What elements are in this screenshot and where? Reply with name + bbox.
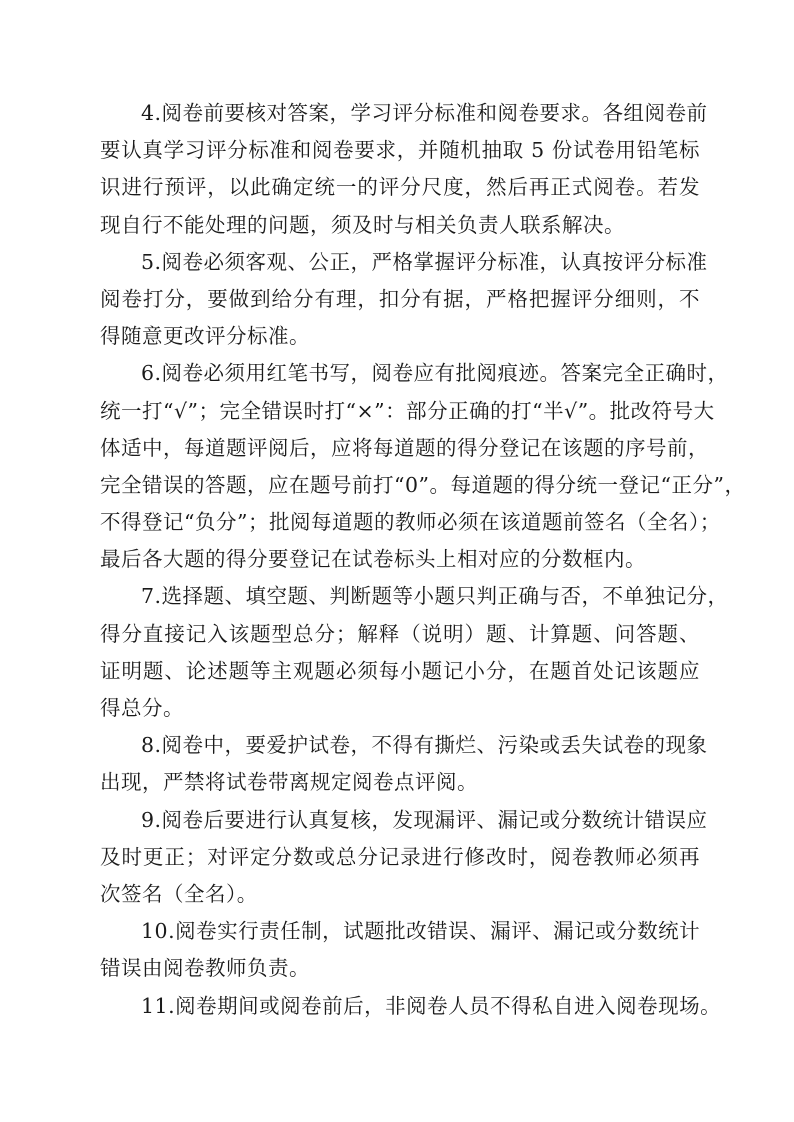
paragraph-line: 得随意更改评分标准。: [100, 318, 700, 355]
paragraph-item-4: 4.阅卷前要核对答案，学习评分标准和阅卷要求。各组阅卷前 要认真学习评分标准和阅…: [100, 95, 700, 244]
paragraph-line: 错误由阅卷教师负责。: [100, 950, 700, 987]
paragraph-item-10: 10.阅卷实行责任制，试题批改错误、漏评、漏记或分数统计 错误由阅卷教师负责。: [100, 913, 700, 987]
paragraph-line: 完全错误的答题，应在题号前打“0”。每道题的得分统一登记“正分”，: [100, 467, 700, 504]
document-body: 4.阅卷前要核对答案，学习评分标准和阅卷要求。各组阅卷前 要认真学习评分标准和阅…: [100, 95, 700, 1025]
paragraph-line: 不得登记“负分”；批阅每道题的教师必须在该道题前签名（全名）；: [100, 504, 700, 541]
paragraph-line: 4.阅卷前要核对答案，学习评分标准和阅卷要求。各组阅卷前: [100, 95, 700, 132]
paragraph-line: 识进行预评，以此确定统一的评分尺度，然后再正式阅卷。若发: [100, 169, 700, 206]
paragraph-line: 9.阅卷后要进行认真复核，发现漏评、漏记或分数统计错误应: [100, 802, 700, 839]
paragraph-line: 得总分。: [100, 690, 700, 727]
paragraph-line: 11.阅卷期间或阅卷前后，非阅卷人员不得私自进入阅卷现场。: [100, 988, 700, 1025]
paragraph-line: 要认真学习评分标准和阅卷要求，并随机抽取 5 份试卷用铅笔标: [100, 132, 700, 169]
paragraph-line: 8.阅卷中，要爱护试卷，不得有撕烂、污染或丢失试卷的现象: [100, 727, 700, 764]
paragraph-line: 证明题、论述题等主观题必须每小题记小分，在题首处记该题应: [100, 653, 700, 690]
paragraph-line: 次签名（全名）。: [100, 876, 700, 913]
paragraph-line: 10.阅卷实行责任制，试题批改错误、漏评、漏记或分数统计: [100, 913, 700, 950]
paragraph-item-7: 7.选择题、填空题、判断题等小题只判正确与否，不单独记分， 得分直接记入该题型总…: [100, 578, 700, 727]
paragraph-line: 7.选择题、填空题、判断题等小题只判正确与否，不单独记分，: [100, 578, 700, 615]
paragraph-line: 统一打“√”；完全错误时打“×”：部分正确的打“半√”。批改符号大: [100, 393, 700, 430]
paragraph-item-9: 9.阅卷后要进行认真复核，发现漏评、漏记或分数统计错误应 及时更正；对评定分数或…: [100, 802, 700, 914]
paragraph-line: 5.阅卷必须客观、公正，严格掌握评分标准，认真按评分标准: [100, 244, 700, 281]
document-page: 4.阅卷前要核对答案，学习评分标准和阅卷要求。各组阅卷前 要认真学习评分标准和阅…: [0, 0, 794, 1122]
paragraph-line: 出现，严禁将试卷带离规定阅卷点评阅。: [100, 764, 700, 801]
paragraph-line: 6.阅卷必须用红笔书写，阅卷应有批阅痕迹。答案完全正确时，: [100, 355, 700, 392]
paragraph-item-5: 5.阅卷必须客观、公正，严格掌握评分标准，认真按评分标准 阅卷打分，要做到给分有…: [100, 244, 700, 356]
paragraph-line: 最后各大题的得分要登记在试卷标头上相对应的分数框内。: [100, 541, 700, 578]
paragraph-line: 体适中，每道题评阅后，应将每道题的得分登记在该题的序号前，: [100, 430, 700, 467]
paragraph-line: 现自行不能处理的问题，须及时与相关负责人联系解决。: [100, 207, 700, 244]
paragraph-line: 阅卷打分，要做到给分有理，扣分有据，严格把握评分细则，不: [100, 281, 700, 318]
paragraph-line: 及时更正；对评定分数或总分记录进行修改时，阅卷教师必须再: [100, 839, 700, 876]
paragraph-item-11: 11.阅卷期间或阅卷前后，非阅卷人员不得私自进入阅卷现场。: [100, 988, 700, 1025]
paragraph-item-6: 6.阅卷必须用红笔书写，阅卷应有批阅痕迹。答案完全正确时， 统一打“√”；完全错…: [100, 355, 700, 578]
paragraph-item-8: 8.阅卷中，要爱护试卷，不得有撕烂、污染或丢失试卷的现象 出现，严禁将试卷带离规…: [100, 727, 700, 801]
paragraph-line: 得分直接记入该题型总分；解释（说明）题、计算题、问答题、: [100, 616, 700, 653]
